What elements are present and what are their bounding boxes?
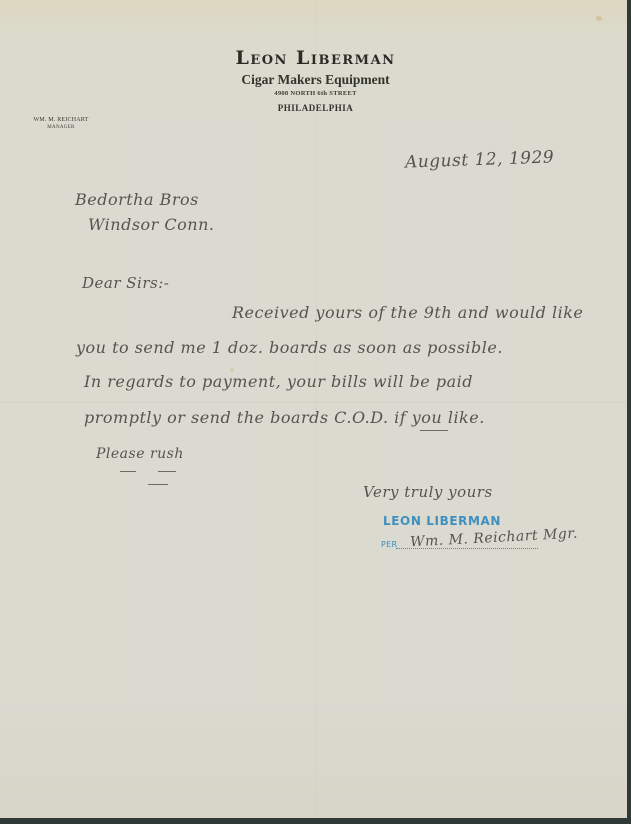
rush-underline: [158, 471, 176, 472]
stamp-per-label: PER: [381, 540, 397, 549]
recipient-line-2: Windsor Conn.: [88, 215, 214, 234]
letterhead-manager-title: MANAGER: [26, 125, 96, 130]
body-line-4: promptly or send the boards C.O.D. if yo…: [84, 408, 485, 427]
recipient-line-1: Bedortha Bros: [75, 190, 199, 209]
cod-underline: [420, 430, 448, 431]
body-line-3: In regards to payment, your bills will b…: [84, 372, 473, 391]
letterhead-city: PHILADELPHIA: [0, 103, 631, 113]
letterhead-manager-name: WM. M. REICHART: [26, 117, 96, 123]
letter-paper: Leon Liberman Cigar Makers Equipment 490…: [0, 0, 627, 818]
letterhead-company-name: Leon Liberman: [0, 47, 631, 69]
letterhead-address: 4908 NORTH 6th STREET: [0, 90, 631, 97]
body-line-2: you to send me 1 doz. boards as soon as …: [76, 338, 503, 357]
body-line-5: Please rush: [96, 446, 184, 462]
signature: Wm. M. Reichart Mgr.: [410, 526, 579, 551]
stamp-company-name: LEON LIBERMAN: [383, 514, 501, 528]
fold-line: [0, 402, 627, 403]
letter-date: August 12, 1929: [405, 147, 555, 172]
closing: Very truly yours: [363, 483, 493, 501]
rush-underline-2: [148, 484, 168, 485]
body-line-1: Received yours of the 9th and would like: [232, 303, 583, 322]
letterhead-tagline: Cigar Makers Equipment: [0, 72, 631, 88]
salutation: Dear Sirs:-: [82, 274, 169, 292]
please-underline: [120, 471, 136, 472]
age-stain: [596, 16, 602, 21]
